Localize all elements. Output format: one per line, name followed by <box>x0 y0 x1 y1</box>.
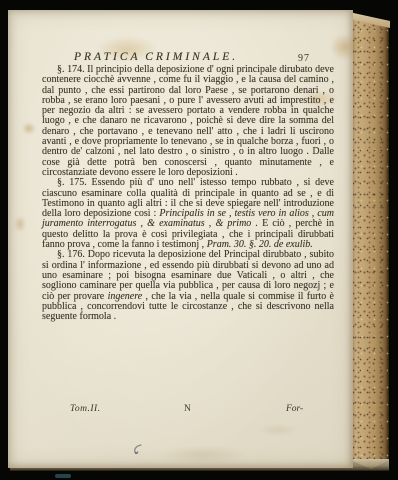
photo-artifact <box>55 474 71 478</box>
book-fore-edge <box>350 13 389 473</box>
catchword: For- <box>286 404 303 414</box>
page-number: 97 <box>298 53 310 64</box>
paragraph-176: §. 176. Dopo ricevuta la deposizione del… <box>42 250 334 322</box>
pencil-mark <box>130 442 146 458</box>
running-title: PRATICA CRIMINALE. <box>74 51 238 63</box>
paper-stain <box>258 424 298 436</box>
paragraph-174-text: §. 174. Il principio della deposizione d… <box>42 64 334 178</box>
page-footer: Tom.II. N For- <box>42 404 334 418</box>
book-page: PRATICA CRIMINALE. 97 §. 174. Il princip… <box>8 10 353 468</box>
scanned-book-photo: PRATICA CRIMINALE. 97 §. 174. Il princip… <box>0 0 398 480</box>
paper-stain <box>14 216 26 232</box>
paper-stain <box>158 446 248 464</box>
volume-label: Tom.II. <box>70 404 101 414</box>
page-body: §. 174. Il principio della deposizione d… <box>42 65 334 322</box>
gathering-signature: N <box>184 404 191 414</box>
paper-stain <box>22 122 36 135</box>
paragraph-175: §. 175. Essendo più d' uno nell' istesso… <box>42 178 334 250</box>
page-header: PRATICA CRIMINALE. 97 <box>42 51 334 65</box>
paper-stain <box>330 34 360 60</box>
paragraph-174: §. 174. Il principio della deposizione d… <box>42 65 334 178</box>
